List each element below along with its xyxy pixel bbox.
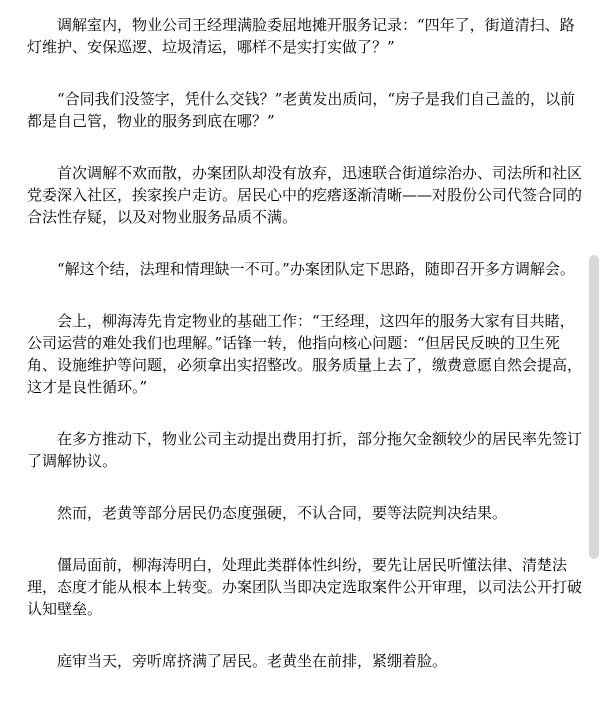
document-page: { "page": { "background_color": "#ffffff… <box>0 0 612 704</box>
paragraph: 调解室内，物业公司王经理满脸委屈地摊开服务记录：“四年了，街道清扫、路灯维护、安… <box>27 14 585 58</box>
paragraph: 首次调解不欢而散，办案团队却没有放弃，迅速联合街道综治办、司法所和社区党委深入社… <box>27 162 585 228</box>
paragraph: 僵局面前，柳海涛明白，处理此类群体性纠纷，要先让居民听懂法律、清楚法理，态度才能… <box>27 554 585 620</box>
paragraph: 会上，柳海涛先肯定物业的基础工作：“王经理，这四年的服务大家有目共睹，公司运营的… <box>27 310 585 398</box>
paragraph: 庭审当天，旁听席挤满了居民。老黄坐在前排，紧绷着脸。 <box>27 650 585 672</box>
paragraph: “合同我们没签字，凭什么交钱？”老黄发出质问，“房子是我们自己盖的，以前都是自己… <box>27 88 585 132</box>
document-content: 调解室内，物业公司王经理满脸委屈地摊开服务记录：“四年了，街道清扫、路灯维护、安… <box>27 14 585 702</box>
paragraph: “解这个结，法理和情理缺一不可。”办案团队定下思路，随即召开多方调解会。 <box>27 258 585 280</box>
paragraph: 在多方推动下，物业公司主动提出费用打折，部分拖欠金额较少的居民率先签订了调解协议… <box>27 428 585 472</box>
paragraph: 然而，老黄等部分居民仍态度强硬，不认合同，要等法院判决结果。 <box>27 502 585 524</box>
scrollbar-thumb[interactable] <box>589 255 599 559</box>
